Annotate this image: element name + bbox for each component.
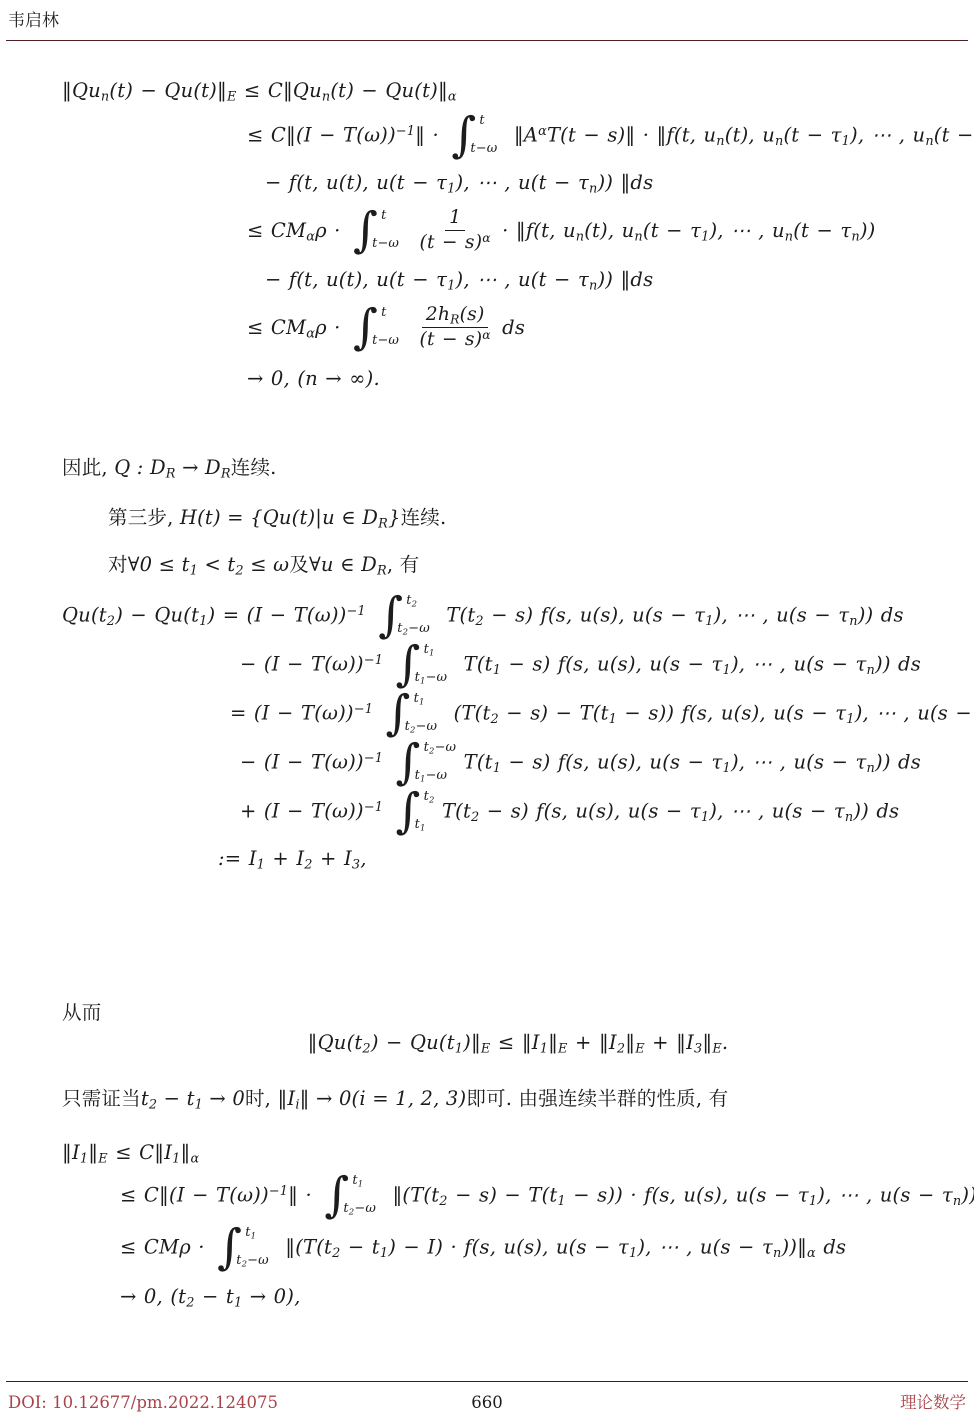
equation-line: − (I − T(ω))−1 ∫t1t1−ω T(t1 − s) f(s, u(…: [240, 643, 974, 687]
paragraph-therefore: 从而: [62, 1000, 101, 1026]
author-name: 韦启林: [8, 6, 59, 31]
equation-line: ‖Qun(t) − Qu(t)‖E ≤ C‖Qun(t) − Qu(t)‖α: [62, 78, 974, 104]
equation-line: − (I − T(ω))−1 ∫t2−ωt1−ω T(t1 − s) f(s, …: [240, 741, 974, 785]
equation-line: ≤ CMαρ · ∫tt−ω 2hR(s)(t − s)α ds: [247, 304, 974, 353]
footer: DOI: 10.12677/pm.2022.124075 660 理论数学: [8, 1389, 966, 1413]
paragraph-for-all: 对∀0 ≤ t1 < t2 ≤ ω及∀u ∈ DR, 有: [108, 552, 419, 578]
equation-line: = (I − T(ω))−1 ∫t1t2−ω (T(t2 − s) − T(t1…: [230, 692, 974, 736]
equation-block-i1-estimate: ‖I1‖E ≤ C‖I1‖α ≤ C‖(I − T(ω))−1‖ · ∫t1t2…: [62, 1140, 974, 1311]
equation-line: := I1 + I2 + I3,: [218, 846, 974, 872]
paragraph-step-three: 第三步, H(t) = {Qu(t)|u ∈ DR}连续.: [108, 505, 446, 531]
equation-line: ≤ C‖(I − T(ω))−1‖ · ∫t1t2−ω ‖(T(t2 − s) …: [120, 1174, 974, 1218]
equation-line: Qu(t2) − Qu(t1) = (I − T(ω))−1 ∫t2t2−ω T…: [62, 594, 974, 638]
doi-text: DOI: 10.12677/pm.2022.124075: [8, 1393, 471, 1412]
equation-line: → 0, (t2 − t1 → 0),: [120, 1284, 974, 1310]
footer-rule: [6, 1381, 968, 1382]
equation-line: − f(t, u(t), u(t − τ1), ⋯ , u(t − τn)) ‖…: [265, 170, 974, 196]
equation-line: ≤ CMαρ · ∫tt−ω 1(t − s)α · ‖f(t, un(t), …: [247, 207, 974, 256]
equation-block-qun-convergence: ‖Qun(t) − Qu(t)‖E ≤ C‖Qun(t) − Qu(t)‖α ≤…: [62, 78, 974, 393]
equation-line: ≤ C‖(I − T(ω))−1‖ · ∫tt−ω ‖AαT(t − s)‖ ·…: [247, 114, 974, 158]
paragraph-q-continuous: 因此, Q : DR → DR连续.: [62, 455, 277, 481]
header-rule: [6, 40, 968, 41]
equation-line: + (I − T(ω))−1 ∫t2t1 T(t2 − s) f(s, u(s)…: [240, 790, 974, 834]
page-number: 660: [471, 1393, 503, 1412]
equation-norm-inequality: ‖Qu(t2) − Qu(t1)‖E ≤ ‖I1‖E + ‖I2‖E + ‖I3…: [62, 1030, 974, 1056]
journal-name: 理论数学: [503, 1389, 966, 1413]
paragraph-only-need: 只需证当t2 − t1 → 0时, ‖Ii‖ → 0(i = 1, 2, 3)即…: [62, 1086, 728, 1112]
equation-block-qu-difference: Qu(t2) − Qu(t1) = (I − T(ω))−1 ∫t2t2−ω T…: [62, 594, 974, 872]
equation-line: → 0, (n → ∞).: [247, 366, 974, 392]
equation-line: ‖I1‖E ≤ C‖I1‖α: [62, 1140, 974, 1166]
equation-line: ≤ CMρ · ∫t1t2−ω ‖(T(t2 − t1) − I) · f(s,…: [120, 1226, 974, 1270]
equation-line: − f(t, u(t), u(t − τ1), ⋯ , u(t − τn)) ‖…: [265, 267, 974, 293]
